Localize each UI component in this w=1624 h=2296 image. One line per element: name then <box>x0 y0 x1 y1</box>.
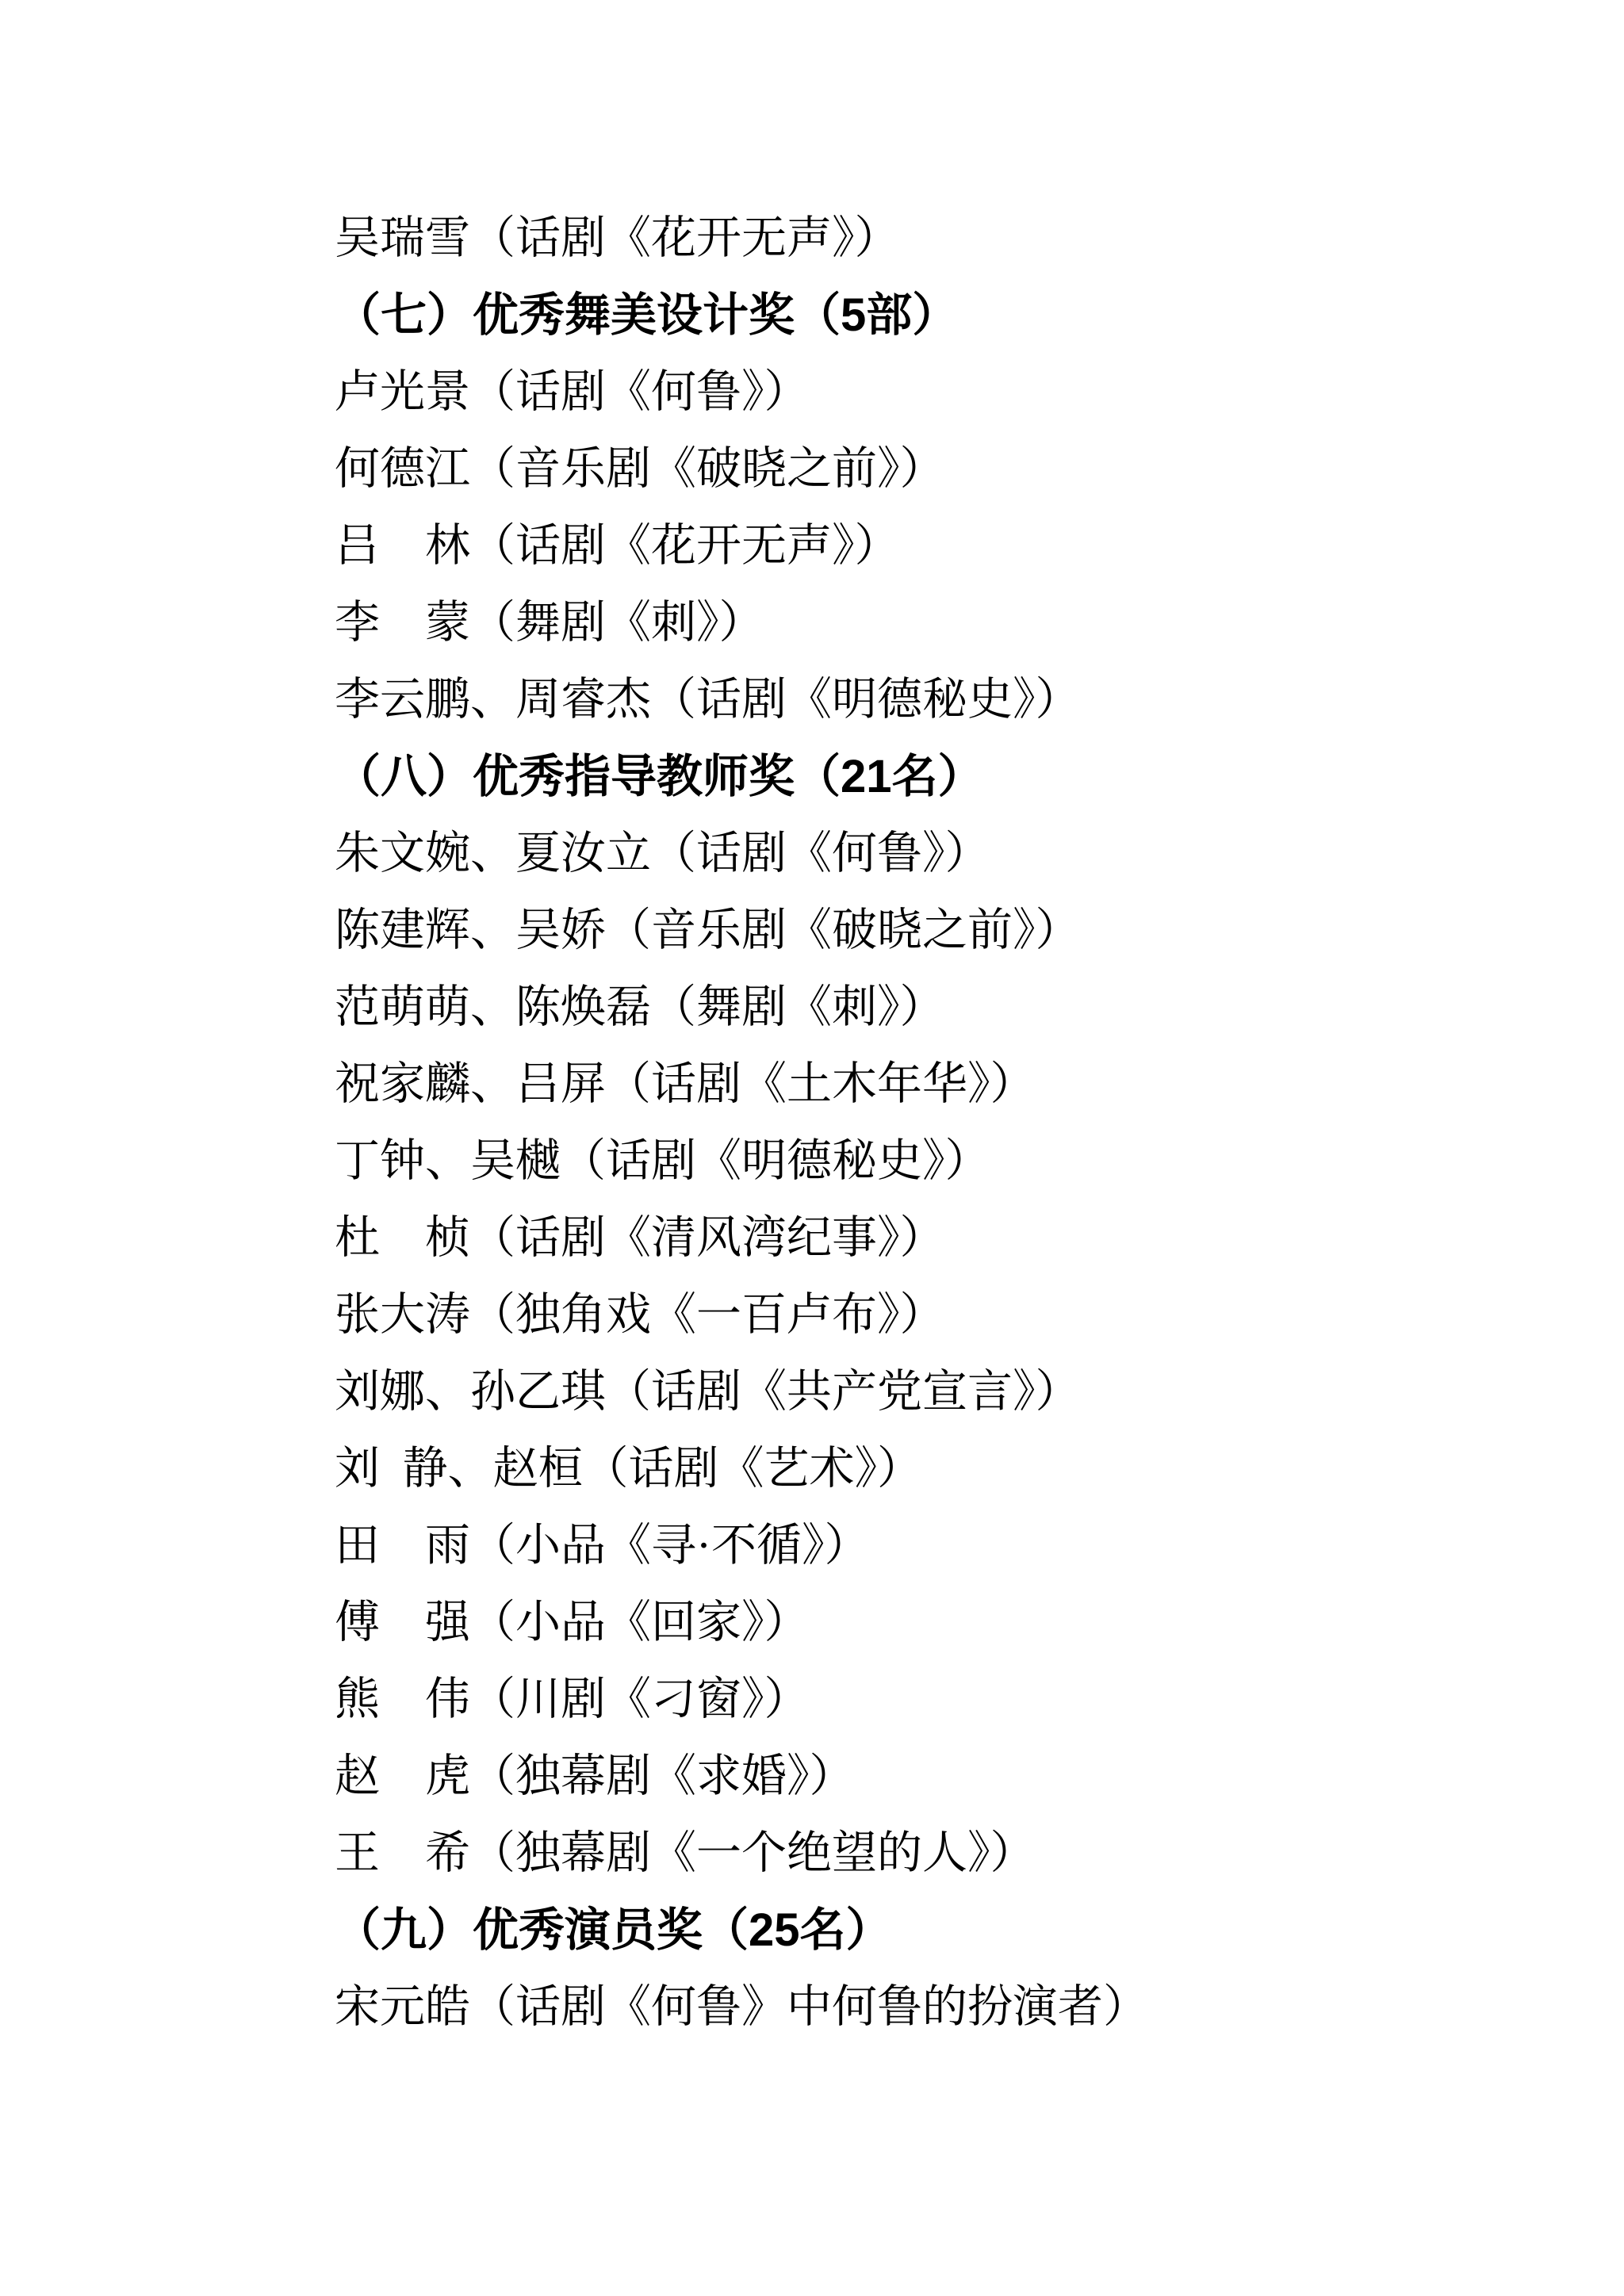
award-category-heading: （九）优秀演员奖（25名） <box>244 1892 1426 1969</box>
award-winner-line: 吕 林（话剧《花开无声》） <box>244 507 1426 584</box>
award-winner-line: 丁钟、吴樾（话剧《明德秘史》） <box>244 1123 1426 1200</box>
award-winner-line: 刘娜、孙乙琪（话剧《共产党宣言》） <box>244 1353 1426 1430</box>
award-winner-line: 吴瑞雪（话剧《花开无声》） <box>244 200 1426 277</box>
award-winner-line: 田 雨（小品《寻·不循》） <box>244 1507 1426 1584</box>
award-winner-line: 熊 伟（川剧《刁窗》） <box>244 1661 1426 1738</box>
award-category-heading: （七）优秀舞美设计奖（5部） <box>244 277 1426 354</box>
award-winner-line: 范萌萌、陈焕磊（舞剧《刺》） <box>244 969 1426 1046</box>
award-winner-line: 祝家麟、吕屏（话剧《土木年华》） <box>244 1046 1426 1123</box>
award-winner-line: 卢光景（话剧《何鲁》） <box>244 354 1426 430</box>
award-winner-line: 李云鹏、周睿杰（话剧《明德秘史》） <box>244 661 1426 738</box>
award-winner-line: 陈建辉、吴娇（音乐剧《破晓之前》） <box>244 892 1426 969</box>
document-content: 吴瑞雪（话剧《花开无声》）（七）优秀舞美设计奖（5部）卢光景（话剧《何鲁》）何德… <box>244 200 1426 2045</box>
award-winner-line: 杜 桢（话剧《清风湾纪事》） <box>244 1200 1426 1276</box>
award-winner-line: 朱文婉、夏汝立（话剧《何鲁》） <box>244 815 1426 892</box>
award-winner-line: 刘 静、赵桓（话剧《艺术》） <box>244 1430 1426 1507</box>
award-winner-line: 何德江（音乐剧《破晓之前》） <box>244 430 1426 507</box>
award-winner-line: 宋元皓（话剧《何鲁》中何鲁的扮演者） <box>244 1969 1426 2045</box>
award-winner-line: 赵 虎（独幕剧《求婚》） <box>244 1738 1426 1815</box>
award-winner-line: 王 希（独幕剧《一个绝望的人》） <box>244 1815 1426 1892</box>
award-winner-line: 傅 强（小品《回家》） <box>244 1584 1426 1661</box>
award-winner-line: 张大涛（独角戏《一百卢布》） <box>244 1276 1426 1353</box>
document-page: 吴瑞雪（话剧《花开无声》）（七）优秀舞美设计奖（5部）卢光景（话剧《何鲁》）何德… <box>0 0 1624 2296</box>
award-winner-line: 李 蒙（舞剧《刺》） <box>244 584 1426 661</box>
award-category-heading: （八）优秀指导教师奖（21名） <box>244 738 1426 815</box>
